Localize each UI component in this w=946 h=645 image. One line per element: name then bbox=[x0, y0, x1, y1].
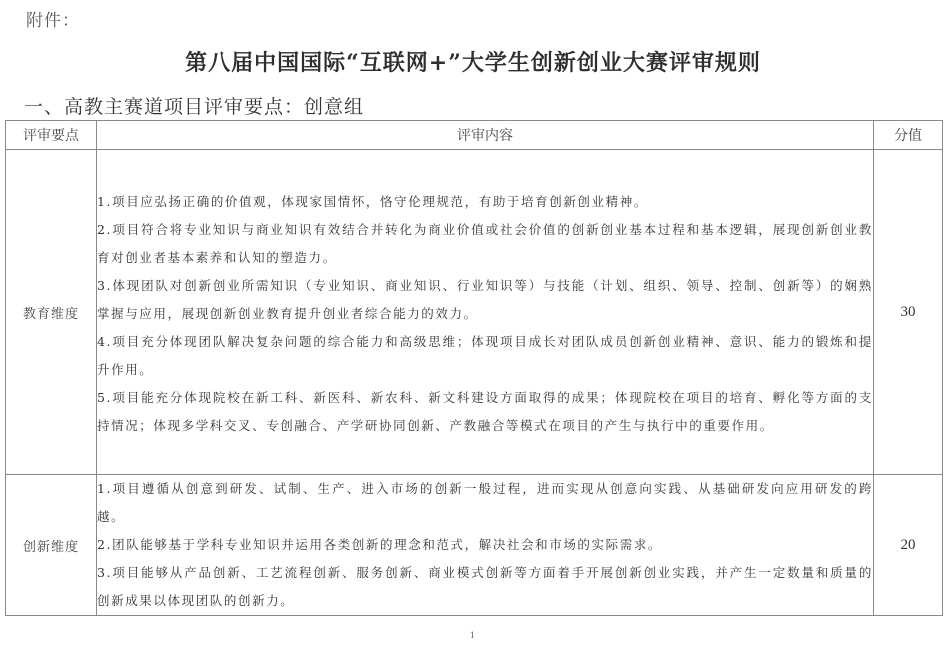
criteria-item: 1.项目应弘扬正确的价值观，体现家国情怀，恪守伦理规范，有助于培育创新创业精神。 bbox=[97, 188, 873, 216]
criteria-item: 3.项目能够从产品创新、工艺流程创新、服务创新、商业模式创新等方面着手开展创新创… bbox=[97, 559, 873, 615]
review-rules-table: 评审要点 评审内容 分值 教育维度 1.项目应弘扬正确的价值观，体现家国情怀，恪… bbox=[5, 120, 943, 616]
criteria-item: 3.体现团队对创新创业所需知识（专业知识、商业知识、行业知识等）与技能（计划、组… bbox=[97, 272, 873, 328]
review-point-cell: 创新维度 bbox=[6, 475, 97, 616]
review-content-cell: 1.项目应弘扬正确的价值观，体现家国情怀，恪守伦理规范，有助于培育创新创业精神。… bbox=[97, 150, 874, 475]
table-row-innovation-dimension: 创新维度 1.项目遵循从创意到研发、试制、生产、进入市场的创新一般过程，进而实现… bbox=[6, 475, 943, 616]
column-header-review-content: 评审内容 bbox=[97, 121, 874, 150]
section-heading: 一、高教主赛道项目评审要点：创意组 bbox=[24, 92, 364, 119]
attachment-label: 附件： bbox=[26, 6, 80, 31]
score-cell: 20 bbox=[874, 475, 943, 616]
criteria-item: 2.项目符合将专业知识与商业知识有效结合并转化为商业价值或社会价值的创新创业基本… bbox=[97, 216, 873, 272]
column-header-score: 分值 bbox=[874, 121, 943, 150]
criteria-item: 5.项目能充分体现院校在新工科、新医科、新农科、新文科建设方面取得的成果；体现院… bbox=[97, 384, 873, 440]
table-header-row: 评审要点 评审内容 分值 bbox=[6, 121, 943, 150]
criteria-item: 4.项目充分体现团队解决复杂问题的综合能力和高级思维；体现项目成长对团队成员创新… bbox=[97, 328, 873, 384]
column-header-review-point: 评审要点 bbox=[6, 121, 97, 150]
document-title: 第八届中国国际“互联网+”大学生创新创业大赛评审规则 bbox=[0, 46, 946, 77]
review-content-cell: 1.项目遵循从创意到研发、试制、生产、进入市场的创新一般过程，进而实现从创意向实… bbox=[97, 475, 874, 616]
table-row-education-dimension: 教育维度 1.项目应弘扬正确的价值观，体现家国情怀，恪守伦理规范，有助于培育创新… bbox=[6, 150, 943, 475]
criteria-item: 2.团队能够基于学科专业知识并运用各类创新的理念和范式，解决社会和市场的实际需求… bbox=[97, 531, 873, 559]
review-point-cell: 教育维度 bbox=[6, 150, 97, 475]
criteria-item: 1.项目遵循从创意到研发、试制、生产、进入市场的创新一般过程，进而实现从创意向实… bbox=[97, 475, 873, 531]
page-number: 1 bbox=[470, 630, 475, 640]
score-cell: 30 bbox=[874, 150, 943, 475]
